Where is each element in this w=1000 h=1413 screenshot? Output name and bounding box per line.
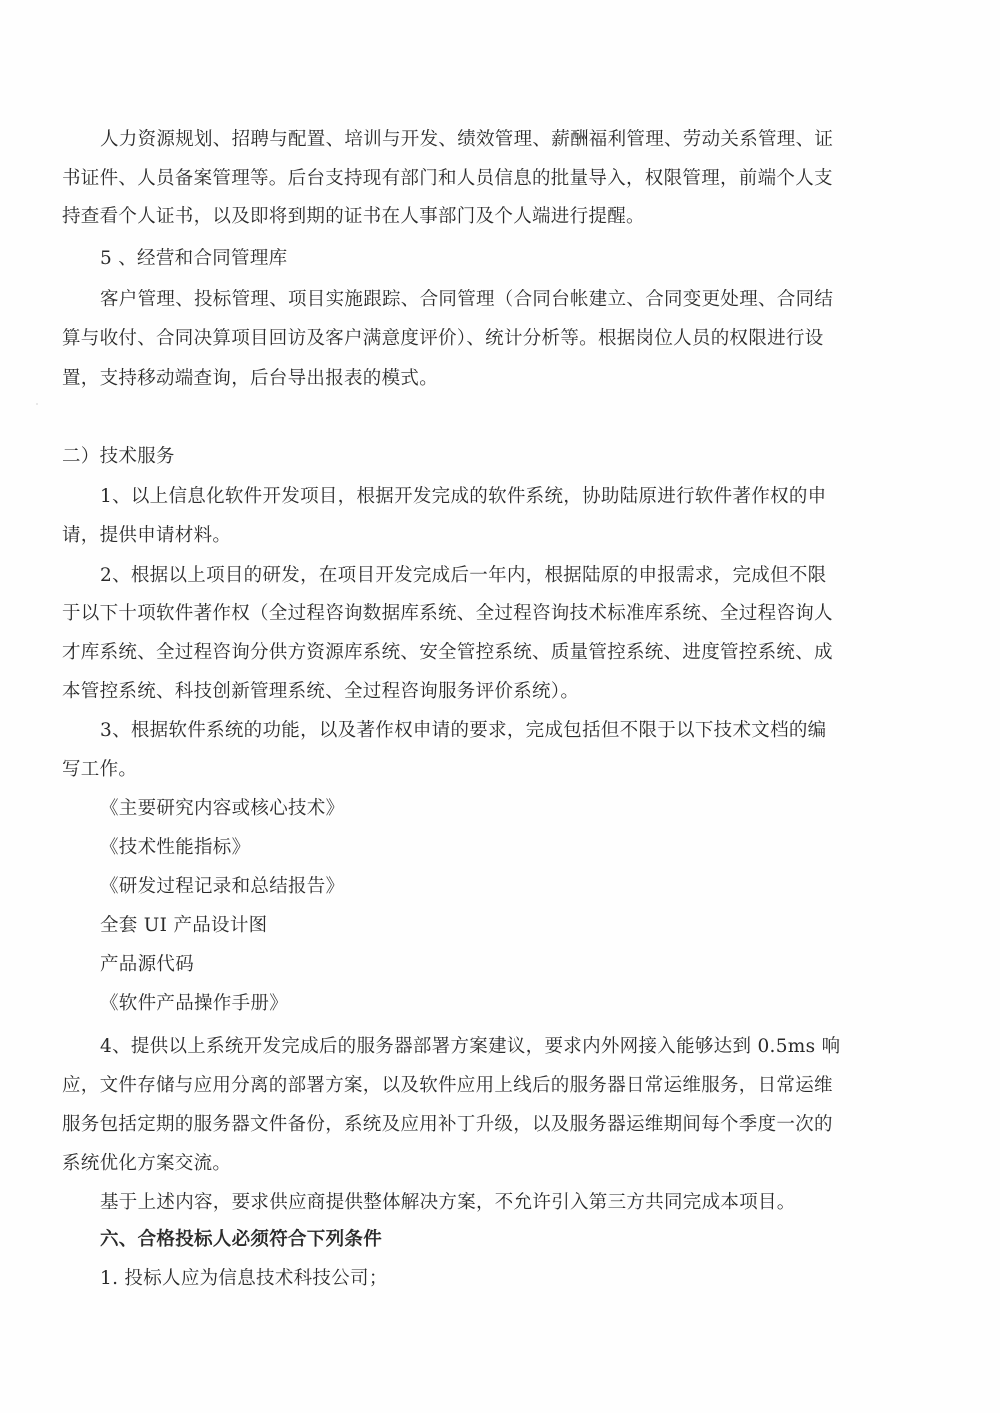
document-page: 人力资源规划、招聘与配置、培训与开发、绩效管理、薪酬福利管理、劳动关系管理、证书… [0,0,1000,1413]
text-line: 1. 投标人应为信息技术科技公司； [100,1267,388,1291]
text-line: 《研发过程记录和总结报告》 [100,875,344,899]
text-line: 5 、经营和合同管理库 [100,247,287,271]
text-line: 客户管理、投标管理、项目实施跟踪、合同管理（合同台帐建立、合同变更处理、合同结 [100,288,833,312]
text-line: 本管控系统、科技创新管理系统、全过程咨询服务评价系统）。 [62,680,579,704]
text-line: 写工作。 [62,758,137,782]
text-line: 才库系统、全过程咨询分供方资源库系统、安全管控系统、质量管控系统、进度管控系统、… [62,641,833,665]
text-line: 3、根据软件系统的功能，以及著作权申请的要求，完成包括但不限于以下技术文档的编 [100,719,826,743]
text-line: 《主要研究内容或核心技术》 [100,797,344,821]
text-line: 《技术性能指标》 [100,836,250,860]
text-line: 产品源代码 [100,953,194,977]
text-line: 置，支持移动端查询，后台导出报表的模式。 [62,367,438,391]
text-line: 人力资源规划、招聘与配置、培训与开发、绩效管理、薪酬福利管理、劳动关系管理、证 [100,128,833,152]
text-line: 全套 UI 产品设计图 [100,914,267,938]
text-line: 于以下十项软件著作权（全过程咨询数据库系统、全过程咨询技术标准库系统、全过程咨询… [62,602,833,626]
scan-artifact [36,403,38,405]
text-line: 服务包括定期的服务器文件备份，系统及应用补丁升级，以及服务器运维期间每个季度一次… [62,1113,833,1137]
text-line: 请，提供申请材料。 [62,524,231,548]
text-line: 二）技术服务 [62,445,175,469]
text-line: 2、根据以上项目的研发，在项目开发完成后一年内，根据陆原的申报需求，完成但不限 [100,564,826,588]
text-line: 基于上述内容，要求供应商提供整体解决方案，不允许引入第三方共同完成本项目。 [100,1191,796,1215]
text-line: 《软件产品操作手册》 [100,992,288,1016]
text-line: 系统优化方案交流。 [62,1152,231,1176]
section-heading: 六、合格投标人必须符合下列条件 [100,1228,382,1252]
text-line: 持查看个人证书，以及即将到期的证书在人事部门及个人端进行提醒。 [62,205,645,229]
text-line: 1、以上信息化软件开发项目，根据开发完成的软件系统，协助陆原进行软件著作权的申 [100,485,826,509]
text-line: 书证件、人员备案管理等。后台支持现有部门和人员信息的批量导入，权限管理，前端个人… [62,167,833,191]
text-line: 应，文件存储与应用分离的部署方案，以及软件应用上线后的服务器日常运维服务，日常运… [62,1074,833,1098]
text-line: 4、提供以上系统开发完成后的服务器部署方案建议，要求内外网接入能够达到 0.5m… [100,1035,840,1059]
text-line: 算与收付、合同决算项目回访及客户满意度评价）、统计分析等。根据岗位人员的权限进行… [62,327,824,351]
